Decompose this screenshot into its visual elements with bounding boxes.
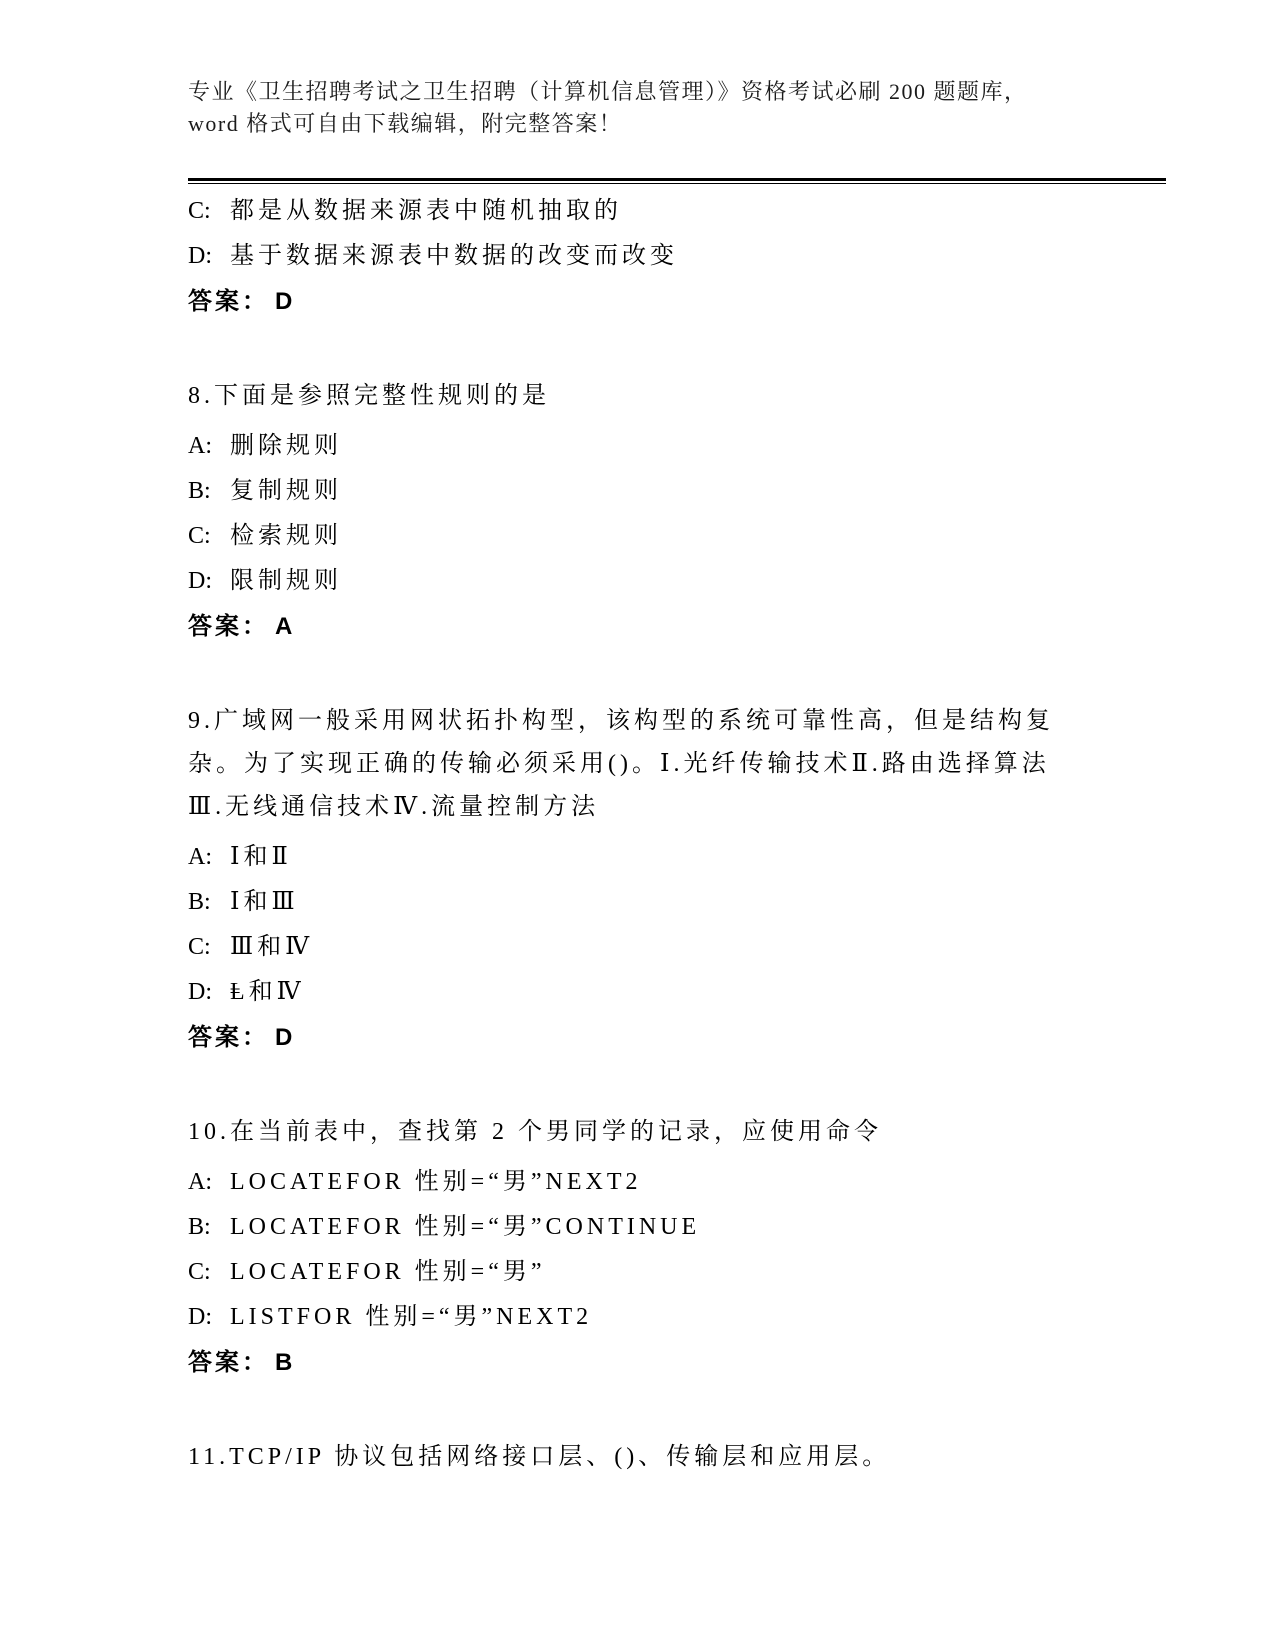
question-block-9: 9.广域网一般采用网状拓扑构型，该构型的系统可靠性高，但是结构复杂。为了实现正确…: [188, 700, 1275, 1059]
question-list: C:都是从数据来源表中随机抽取的 D:基于数据来源表中数据的改变而改变 答案：D…: [188, 190, 1275, 1479]
option-row: B:Ⅰ和Ⅲ: [188, 881, 1275, 924]
option-text: 删除规则: [230, 433, 342, 459]
option-row: C:都是从数据来源表中随机抽取的: [188, 190, 1275, 233]
option-label: D:: [188, 1296, 230, 1339]
option-label: D:: [188, 235, 230, 278]
option-row: D:限制规则: [188, 560, 1275, 603]
question-title: 8.下面是参照完整性规则的是: [188, 375, 1068, 418]
option-label: C:: [188, 515, 230, 558]
header-divider-rule: [188, 178, 1166, 184]
document-header: 专业《卫生招聘考试之卫生招聘（计算机信息管理）》资格考试必刷 200 题题库， …: [188, 76, 1153, 140]
option-row: A:删除规则: [188, 425, 1275, 468]
answer-letter: A: [269, 613, 292, 640]
question-title: 11.TCP/IP 协议包括网络接口层、()、传输层和应用层。: [188, 1436, 1068, 1479]
answer-label: 答案：: [188, 1024, 269, 1051]
question-block-8: 8.下面是参照完整性规则的是 A:删除规则 B:复制规则 C:检索规则 D:限制…: [188, 375, 1275, 648]
option-row: B:复制规则: [188, 470, 1275, 513]
option-text: LOCATEFOR 性别=“男”CONTINUE: [230, 1214, 700, 1240]
answer-row: 答案：B: [188, 1341, 1275, 1384]
option-row: D:Ⱡ和Ⅳ: [188, 971, 1275, 1014]
option-text: 都是从数据来源表中随机抽取的: [230, 198, 622, 224]
option-row: A:LOCATEFOR 性别=“男”NEXT2: [188, 1161, 1275, 1204]
option-label: B:: [188, 881, 230, 924]
option-text: LISTFOR 性别=“男”NEXT2: [230, 1304, 592, 1330]
header-line-1: 专业《卫生招聘考试之卫生招聘（计算机信息管理）》资格考试必刷 200 题题库，: [188, 76, 1153, 108]
option-row: C:LOCATEFOR 性别=“男”: [188, 1251, 1275, 1294]
answer-label: 答案：: [188, 288, 269, 315]
option-text: 复制规则: [230, 478, 342, 504]
option-label: A:: [188, 836, 230, 879]
option-text: 基于数据来源表中数据的改变而改变: [230, 243, 678, 269]
option-label: C:: [188, 190, 230, 233]
answer-letter: D: [269, 1024, 292, 1051]
option-row: B:LOCATEFOR 性别=“男”CONTINUE: [188, 1206, 1275, 1249]
option-text: LOCATEFOR 性别=“男”: [230, 1259, 546, 1285]
option-label: C:: [188, 1251, 230, 1294]
question-block-7: C:都是从数据来源表中随机抽取的 D:基于数据来源表中数据的改变而改变 答案：D: [188, 190, 1275, 323]
answer-row: 答案：D: [188, 1016, 1275, 1059]
option-row: D:LISTFOR 性别=“男”NEXT2: [188, 1296, 1275, 1339]
option-row: A:Ⅰ和Ⅱ: [188, 836, 1275, 879]
document-page: 专业《卫生招聘考试之卫生招聘（计算机信息管理）》资格考试必刷 200 题题库， …: [0, 0, 1275, 1650]
option-text: LOCATEFOR 性别=“男”NEXT2: [230, 1169, 642, 1195]
answer-letter: D: [269, 288, 292, 315]
question-block-10: 10.在当前表中，查找第 2 个男同学的记录，应使用命令 A:LOCATEFOR…: [188, 1111, 1275, 1384]
option-label: B:: [188, 470, 230, 513]
option-text: Ⅲ和Ⅳ: [230, 934, 313, 960]
option-label: D:: [188, 971, 230, 1014]
option-row: C:检索规则: [188, 515, 1275, 558]
option-row: C:Ⅲ和Ⅳ: [188, 926, 1275, 969]
header-line-2: word 格式可自由下载编辑，附完整答案！: [188, 108, 1153, 140]
answer-label: 答案：: [188, 1349, 269, 1376]
option-label: A:: [188, 1161, 230, 1204]
option-text: Ⅰ和Ⅲ: [230, 889, 299, 915]
answer-letter: B: [269, 1349, 292, 1376]
answer-row: 答案：A: [188, 605, 1275, 648]
answer-label: 答案：: [188, 613, 269, 640]
option-text: 限制规则: [230, 568, 342, 594]
question-title: 9.广域网一般采用网状拓扑构型，该构型的系统可靠性高，但是结构复杂。为了实现正确…: [188, 700, 1068, 829]
option-row: D:基于数据来源表中数据的改变而改变: [188, 235, 1275, 278]
option-label: A:: [188, 425, 230, 468]
option-label: C:: [188, 926, 230, 969]
option-label: D:: [188, 560, 230, 603]
option-text: Ⅰ和Ⅱ: [230, 844, 292, 870]
option-label: B:: [188, 1206, 230, 1249]
option-text: Ⱡ和Ⅳ: [230, 979, 305, 1005]
answer-row: 答案：D: [188, 280, 1275, 323]
question-block-11: 11.TCP/IP 协议包括网络接口层、()、传输层和应用层。: [188, 1436, 1275, 1479]
option-text: 检索规则: [230, 523, 342, 549]
question-title: 10.在当前表中，查找第 2 个男同学的记录，应使用命令: [188, 1111, 1068, 1154]
